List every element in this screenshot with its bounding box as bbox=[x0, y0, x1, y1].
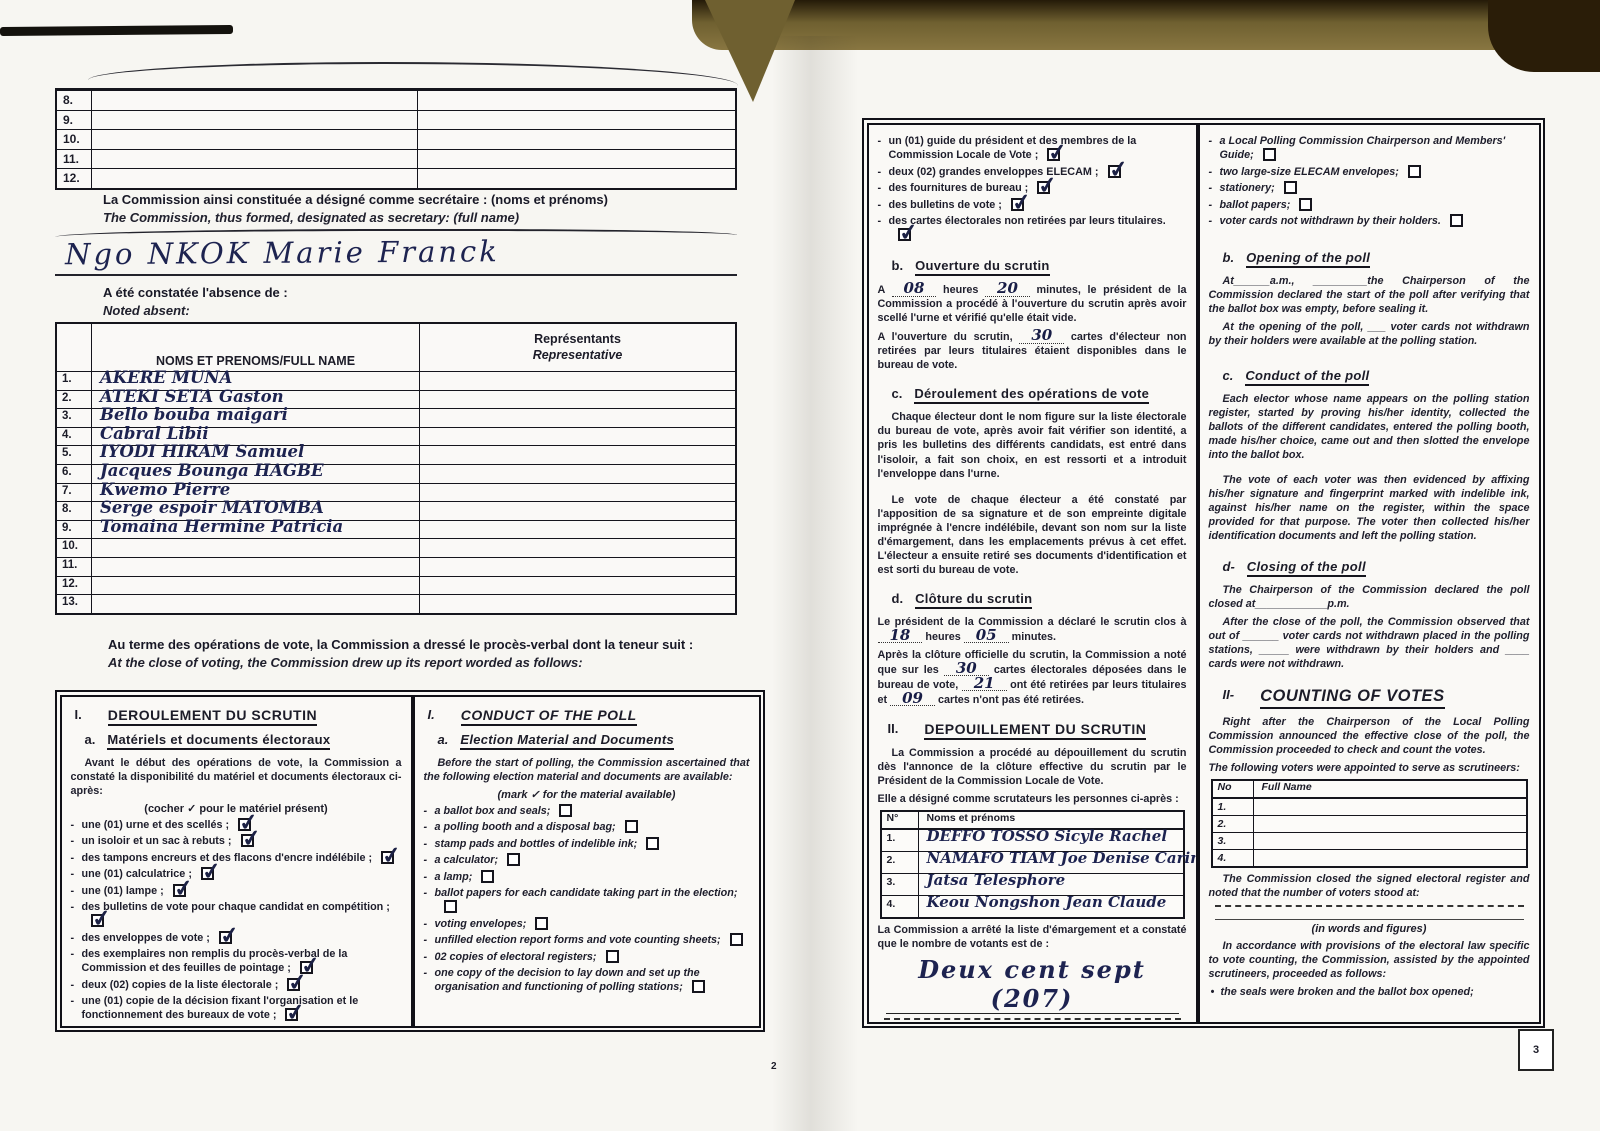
representative-cell bbox=[419, 409, 735, 427]
materials-checklist-continued-fr: un (01) guide du président et des membre… bbox=[878, 134, 1187, 242]
checklist-item-label: des enveloppes de vote ; bbox=[82, 932, 210, 944]
checklist-item-label: une (01) copie de la décision fixant l'o… bbox=[82, 995, 359, 1021]
row-number: 10. bbox=[57, 130, 91, 149]
header-fullname-cell: NOMS ET PRENOMS/FULL NAME bbox=[91, 324, 419, 371]
materials-checklist-fr: une (01) urne et des scellés ;✓ un isolo… bbox=[71, 818, 402, 1023]
page-number-left: 2 bbox=[771, 1061, 777, 1072]
row-number: 10. bbox=[57, 539, 91, 557]
checkbox-icon: ✓ bbox=[1299, 198, 1312, 211]
checklist-item-label: stamp pads and bottles of indelible ink; bbox=[435, 838, 638, 850]
checklist-item: one copy of the decision to lay down and… bbox=[424, 966, 750, 994]
checklist-item-label: des bulletins de vote ; bbox=[889, 199, 1002, 211]
row-number: 9. bbox=[57, 111, 91, 130]
checkbox-icon: ✓ bbox=[646, 837, 659, 850]
scrutineer-row: 4. Keou Nongshon Jean Claude bbox=[882, 895, 1183, 917]
row-number: 8. bbox=[57, 91, 91, 110]
representative-cell bbox=[419, 577, 735, 595]
name-cell: Tomaina Hermine Patricia bbox=[91, 521, 419, 539]
text-segment: heures bbox=[925, 631, 960, 643]
subsection-letter: d. bbox=[892, 591, 904, 609]
scrutineers-table-fr: N° Noms et prénoms 1. DEFFO TOSSO Sicyle… bbox=[880, 810, 1185, 919]
checkbox-icon: ✓ bbox=[444, 900, 457, 913]
conduct-paragraph-2-fr: Le vote de chaque électeur a été constat… bbox=[878, 493, 1187, 577]
header-fullname: Full Name bbox=[1253, 781, 1526, 797]
representative-cell bbox=[417, 169, 735, 188]
book-spine-shadow bbox=[772, 36, 858, 1131]
subsection-a-heading-fr: a. Matériels et documents électoraux bbox=[85, 732, 402, 750]
row-number: 3. bbox=[1213, 833, 1253, 849]
name-cell bbox=[91, 91, 417, 110]
opening-minute-handwritten: 20 bbox=[985, 282, 1030, 297]
closing-paragraph-1-fr: Le président de la Commission a déclaré … bbox=[878, 615, 1187, 644]
name-cell: NAMAFO TIAM Joe Denise Carine bbox=[918, 852, 1183, 873]
checkbox-icon: ✓ bbox=[1408, 165, 1421, 178]
checkbox-icon: ✓ bbox=[241, 834, 254, 847]
row-number: 1. bbox=[882, 830, 918, 851]
text-segment: Le président de la Commission a déclaré … bbox=[878, 616, 1187, 628]
checklist-item: des exemplaires non remplis du procès-ve… bbox=[71, 947, 402, 975]
checklist-item: two large-size ELECAM envelopes;✓ bbox=[1209, 165, 1530, 179]
subsection-title: Opening of the poll bbox=[1246, 250, 1370, 268]
text-segment: minutes. bbox=[1012, 631, 1056, 643]
voters-count-value: Deux cent sept (207) bbox=[918, 955, 1146, 1013]
checklist-item-label: a calculator; bbox=[435, 854, 499, 866]
conduct-heading-fr: c. Déroulement des opérations de vote bbox=[892, 386, 1187, 404]
row-number: 5. bbox=[57, 446, 91, 464]
scrutineers-table-body: 1. 2. 3. bbox=[1213, 798, 1526, 866]
checkbox-icon: ✓ bbox=[1047, 148, 1060, 161]
fill-in-line bbox=[884, 1017, 1181, 1020]
checklist-item-label: deux (02) copies de la liste électorale … bbox=[82, 979, 279, 991]
row-number: 7. bbox=[57, 484, 91, 502]
name-cell: Keou Nongshon Jean Claude bbox=[918, 896, 1183, 917]
checklist-item: deux (02) grandes enveloppes ELECAM ;✓ bbox=[878, 165, 1187, 179]
section-number: I. bbox=[428, 707, 435, 726]
absent-table-row: 10. bbox=[57, 538, 735, 557]
representative-cell bbox=[419, 465, 735, 483]
table-row: 11. bbox=[57, 149, 735, 169]
subsection-letter: b. bbox=[1223, 250, 1235, 268]
voter-cards-count-handwritten: 30 bbox=[1019, 329, 1064, 344]
name-cell: Jatsa Telesphore bbox=[918, 874, 1183, 895]
checklist-item-label: des fournitures de bureau ; bbox=[889, 182, 1029, 194]
secretary-label-en: The Commission, thus formed, designated … bbox=[103, 209, 608, 227]
checklist-item: des fournitures de bureau ;✓ bbox=[878, 181, 1187, 195]
section-number: I. bbox=[75, 707, 82, 726]
subsection-a-heading-en: a. Election Material and Documents bbox=[438, 732, 750, 750]
row-number: 1. bbox=[57, 372, 91, 390]
checklist-item: un (01) guide du président et des membre… bbox=[878, 134, 1187, 162]
closing-minute-handwritten: 05 bbox=[964, 629, 1009, 644]
counting-paragraph-2-fr: Elle a désigné comme scrutateurs les per… bbox=[878, 792, 1187, 806]
counting-paragraph-2-en: The following voters were appointed to s… bbox=[1209, 761, 1530, 775]
checklist-item: stationery;✓ bbox=[1209, 181, 1530, 195]
row-number: 11. bbox=[57, 558, 91, 576]
voters-count-label-fr: La Commission a arrêté la liste d'émarge… bbox=[878, 923, 1187, 951]
row-number: 6. bbox=[57, 465, 91, 483]
checkbox-icon: ✓ bbox=[559, 804, 572, 817]
checklist-item: des cartes électorales non retirées par … bbox=[878, 214, 1187, 242]
representative-cell bbox=[419, 521, 735, 539]
checkbox-icon: ✓ bbox=[219, 931, 232, 944]
name-cell bbox=[1253, 850, 1526, 866]
checklist-item-label: stationery; bbox=[1220, 182, 1275, 194]
handwritten-name: AKERE MUNA bbox=[100, 368, 232, 387]
closing-paragraph-1-en: The Chairperson of the Commission declar… bbox=[1209, 583, 1530, 611]
mark-note-en: (mark ✓ for the material available) bbox=[424, 788, 750, 801]
report-french-column: un (01) guide du président et des membre… bbox=[869, 125, 1196, 1022]
checklist-item: a polling booth and a disposal bag;✓ bbox=[424, 820, 750, 834]
secretary-name-handwritten: Ngo NKOK Marie Franck bbox=[55, 233, 737, 272]
materials-intro-fr: Avant le début des opérations de vote, l… bbox=[71, 756, 402, 798]
checkbox-icon: ✓ bbox=[381, 851, 394, 864]
conduct-paragraph-1-en: Each elector whose name appears on the p… bbox=[1209, 392, 1530, 462]
checkbox-icon: ✓ bbox=[1263, 148, 1276, 161]
header-number: N° bbox=[882, 812, 918, 828]
subsection-letter: a. bbox=[85, 732, 96, 750]
opening-hour-handwritten: 08 bbox=[892, 282, 937, 297]
checklist-item: unfilled election report forms and vote … bbox=[424, 933, 750, 947]
checklist-item-label: ballot papers; bbox=[1220, 199, 1291, 211]
absent-label: A été constatée l'absence de : Noted abs… bbox=[103, 284, 288, 319]
representative-cell bbox=[419, 558, 735, 576]
checklist-item: une (01) copie de la décision fixant l'o… bbox=[71, 994, 402, 1022]
checkbox-icon: ✓ bbox=[730, 933, 743, 946]
header-representative-cell: Représentants Representative bbox=[419, 324, 735, 371]
fill-in-line bbox=[1215, 917, 1524, 920]
opening-heading-en: b. Opening of the poll bbox=[1223, 250, 1530, 268]
row-number: 2. bbox=[1213, 816, 1253, 832]
checklist-item: des enveloppes de vote ;✓ bbox=[71, 931, 402, 945]
absent-table-row: 9. Tomaina Hermine Patricia bbox=[57, 520, 735, 539]
checkbox-icon: ✓ bbox=[481, 870, 494, 883]
handwritten-name: Tomaina Hermine Patricia bbox=[100, 517, 343, 536]
absent-table-header: NOMS ET PRENOMS/FULL NAME Représentants … bbox=[57, 324, 735, 371]
row-number: 12. bbox=[57, 577, 91, 595]
handwritten-name: ATEKI SETA Gaston bbox=[100, 387, 284, 406]
checklist-item: 02 copies of electoral registers;✓ bbox=[424, 950, 750, 964]
section-title: COUNTING OF VOTES bbox=[1260, 687, 1445, 709]
row-number: 1. bbox=[1213, 799, 1253, 815]
subsection-title: Closing of the poll bbox=[1247, 559, 1366, 577]
absent-label-en: Noted absent: bbox=[103, 302, 288, 320]
row-number: 4. bbox=[1213, 850, 1253, 866]
words-figures-note-en: (in words and figures) bbox=[1209, 923, 1530, 935]
checklist-item-label: un (01) guide du président et des membre… bbox=[889, 135, 1137, 161]
representative-cell bbox=[419, 372, 735, 390]
handwritten-name: Kwemo Pierre bbox=[100, 480, 230, 499]
name-cell bbox=[91, 169, 417, 188]
checklist-item: ballot papers;✓ bbox=[1209, 198, 1530, 212]
handwritten-name: Bello bouba maigari bbox=[100, 405, 288, 424]
row-number: 13. bbox=[57, 595, 91, 613]
checklist-item: a Local Polling Commission Chairperson a… bbox=[1209, 134, 1530, 162]
checklist-item: deux (02) copies de la liste électorale … bbox=[71, 978, 402, 992]
poll-report-box: un (01) guide du président et des membre… bbox=[862, 118, 1545, 1028]
row-number: 8. bbox=[57, 502, 91, 520]
scrutineer-row: 3. bbox=[1213, 832, 1526, 849]
row-number: 3. bbox=[57, 409, 91, 427]
table-row: 10. bbox=[57, 129, 735, 149]
closing-hour-handwritten: 18 bbox=[878, 629, 923, 644]
checklist-item-label: a lamp; bbox=[435, 871, 473, 883]
opening-paragraph-2-fr: A l'ouverture du scrutin, 30 cartes d'él… bbox=[878, 329, 1187, 372]
mark-note-fr: (cocher ✓ pour le matériel présent) bbox=[71, 802, 402, 815]
representative-header-en: Representative bbox=[533, 348, 623, 364]
checklist-item-label: voting envelopes; bbox=[435, 918, 527, 930]
check-mark-icon: ✓ bbox=[285, 998, 307, 1026]
handwritten-name: Jatsa Telesphore bbox=[927, 871, 1066, 889]
checklist-item: des bulletins de vote ;✓ bbox=[878, 198, 1187, 212]
table-row: 9. bbox=[57, 110, 735, 130]
scanned-election-report-spread: 8. 9. 10. 11. 12. bbox=[0, 0, 1600, 1131]
absent-members-table: NOMS ET PRENOMS/FULL NAME Représentants … bbox=[55, 322, 737, 615]
section-number: II. bbox=[888, 721, 899, 740]
page-number-right: 3 bbox=[1518, 1029, 1554, 1071]
header-fullname: Noms et prénoms bbox=[918, 812, 1183, 828]
checkbox-icon: ✓ bbox=[692, 980, 705, 993]
handwritten-name: Cabral Libii bbox=[100, 424, 209, 443]
representative-cell bbox=[417, 130, 735, 149]
closing-paragraph-2-fr: Après la clôture officielle du scrutin, … bbox=[878, 648, 1187, 707]
section-1-heading-fr: I. DEROULEMENT DU SCRUTIN bbox=[75, 707, 402, 726]
header-number-cell bbox=[57, 324, 91, 371]
section-title: CONDUCT OF THE POLL bbox=[461, 707, 637, 726]
text-segment: heures bbox=[943, 284, 978, 296]
name-cell: DEFFO TOSSO Sicyle Rachel bbox=[918, 830, 1183, 851]
handwritten-name: Serge espoir MATOMBA bbox=[100, 498, 324, 517]
row-number: 4. bbox=[882, 896, 918, 917]
subsection-title: Déroulement des opérations de vote bbox=[914, 386, 1149, 404]
subsection-letter: d- bbox=[1223, 559, 1235, 577]
text-segment: A l'ouverture du scrutin, bbox=[878, 331, 1013, 343]
checklist-item-label: two large-size ELECAM envelopes; bbox=[1220, 166, 1399, 178]
checkbox-icon: ✓ bbox=[507, 853, 520, 866]
secretary-designation-label: La Commission ainsi constituée a désigné… bbox=[103, 191, 608, 226]
header-number: No bbox=[1213, 781, 1253, 797]
absent-table-row: 13. bbox=[57, 594, 735, 613]
scan-shadow-strip bbox=[0, 25, 233, 36]
checklist-item: a calculator;✓ bbox=[424, 853, 750, 867]
scrutineers-table-en: No Full Name 1. 2. bbox=[1211, 779, 1528, 868]
name-cell bbox=[91, 111, 417, 130]
checklist-item-label: one copy of the decision to lay down and… bbox=[435, 967, 700, 993]
members-table-rows-8-12: 8. 9. 10. 11. 12. bbox=[55, 88, 737, 190]
checklist-item-label: un isoloir et un sac à rebuts ; bbox=[82, 835, 232, 847]
name-cell bbox=[91, 595, 419, 613]
checklist-item-label: unfilled election report forms and vote … bbox=[435, 934, 721, 946]
materials-intro-en: Before the start of polling, the Commiss… bbox=[424, 756, 750, 784]
subsection-title: Ouverture du scrutin bbox=[915, 258, 1050, 276]
conduct-heading-en: c. Conduct of the poll bbox=[1223, 368, 1530, 386]
checkbox-icon: ✓ bbox=[91, 914, 104, 927]
section-1-heading-en: I. CONDUCT OF THE POLL bbox=[428, 707, 750, 726]
name-cell bbox=[91, 539, 419, 557]
withdrawn-cards-handwritten: 21 bbox=[962, 677, 1007, 692]
subsection-letter: c. bbox=[892, 386, 903, 404]
name-cell bbox=[91, 130, 417, 149]
close-paragraph-en: At the close of voting, the Commission d… bbox=[108, 654, 756, 672]
scrutineer-row: 4. bbox=[1213, 849, 1526, 866]
handwritten-name: IYODI HIRAM Samuel bbox=[100, 442, 304, 461]
counting-paragraph-1-fr: La Commission a procédé au dépouillement… bbox=[878, 746, 1187, 788]
text-segment: cartes n'ont pas été retirées. bbox=[938, 694, 1084, 706]
handwritten-name: Jacques Bounga HAGBE bbox=[100, 461, 324, 480]
page-curl-line bbox=[88, 62, 738, 88]
section-title: DEROULEMENT DU SCRUTIN bbox=[108, 707, 317, 726]
checkbox-icon: ✓ bbox=[606, 950, 619, 963]
checkbox-icon: ✓ bbox=[287, 978, 300, 991]
representative-cell bbox=[419, 446, 735, 464]
register-closed-paragraph-en: The Commission closed the signed elector… bbox=[1209, 872, 1530, 900]
voters-count-handwritten: Deux cent sept (207) bbox=[886, 955, 1179, 1014]
checklist-item-label: deux (02) grandes enveloppes ELECAM ; bbox=[889, 166, 1099, 178]
not-withdrawn-cards-handwritten: 09 bbox=[890, 692, 935, 707]
representative-cell bbox=[419, 391, 735, 409]
row-number: 2. bbox=[57, 391, 91, 409]
check-mark-icon: ✓ bbox=[897, 217, 919, 249]
representative-cell bbox=[419, 502, 735, 520]
handwritten-name: DEFFO TOSSO Sicyle Rachel bbox=[927, 827, 1168, 845]
handwritten-name: NAMAFO TIAM Joe Denise Carine bbox=[927, 849, 1196, 867]
table-surface-corner bbox=[1488, 0, 1600, 72]
scrutineers-table-body: 1. DEFFO TOSSO Sicyle Rachel 2. NAMAFO T… bbox=[882, 829, 1183, 917]
checkbox-icon: ✓ bbox=[285, 1008, 298, 1021]
checklist-item-label: ballot papers for each candidate taking … bbox=[435, 887, 738, 899]
checkbox-icon: ✓ bbox=[173, 884, 186, 897]
checklist-item: des tampons encreurs et des flacons d'en… bbox=[71, 851, 402, 865]
name-cell bbox=[1253, 799, 1526, 815]
counting-heading-fr: II. DEPOUILLEMENT DU SCRUTIN bbox=[888, 721, 1187, 740]
representative-cell bbox=[417, 111, 735, 130]
checklist-item: une (01) urne et des scellés ;✓ bbox=[71, 818, 402, 832]
subsection-letter: c. bbox=[1223, 368, 1234, 386]
opening-paragraph-1-fr: A 08 heures 20 minutes, le président de … bbox=[878, 282, 1187, 325]
accordance-paragraph-en: In accordance with provisions of the ele… bbox=[1209, 939, 1530, 981]
checklist-item: stamp pads and bottles of indelible ink;… bbox=[424, 837, 750, 851]
section-number: II- bbox=[1223, 687, 1235, 709]
secretary-label-fr: La Commission ainsi constituée a désigné… bbox=[103, 191, 608, 209]
conduct-box-french-column: I. DEROULEMENT DU SCRUTIN a. Matériels e… bbox=[62, 697, 411, 1026]
checkbox-icon: ✓ bbox=[1108, 165, 1121, 178]
row-number: 11. bbox=[57, 150, 91, 169]
checklist-item: voter cards not withdrawn by their holde… bbox=[1209, 214, 1530, 228]
page-number-value: 3 bbox=[1533, 1044, 1539, 1056]
scrutineer-row: 1. bbox=[1213, 798, 1526, 815]
handwritten-name: Keou Nongshon Jean Claude bbox=[927, 893, 1167, 911]
subsection-title: Conduct of the poll bbox=[1245, 368, 1369, 386]
conduct-of-poll-box: I. DEROULEMENT DU SCRUTIN a. Matériels e… bbox=[55, 690, 765, 1032]
checklist-item: a lamp;✓ bbox=[424, 870, 750, 884]
conduct-box-english-column: I. CONDUCT OF THE POLL a. Election Mater… bbox=[415, 697, 759, 1026]
checklist-item: une (01) calculatrice ;✓ bbox=[71, 867, 402, 881]
absent-table-body: 1. AKERE MUNA 2. ATEKI SETA Gaston 3. Be… bbox=[57, 371, 735, 613]
representative-header-fr: Représentants bbox=[534, 332, 621, 348]
checklist-item: un isoloir et un sac à rebuts ;✓ bbox=[71, 834, 402, 848]
row-number: 4. bbox=[57, 428, 91, 446]
checkbox-icon: ✓ bbox=[1284, 181, 1297, 194]
conduct-paragraph-2-en: The vote of each voter was then evidence… bbox=[1209, 473, 1530, 543]
checklist-item-label: des cartes électorales non retirées par … bbox=[889, 215, 1166, 227]
absent-table-row: 11. bbox=[57, 557, 735, 576]
checklist-item-label: a polling booth and a disposal bag; bbox=[435, 821, 616, 833]
fill-in-line bbox=[1215, 904, 1524, 907]
name-cell bbox=[91, 150, 417, 169]
checklist-item-label: une (01) lampe ; bbox=[82, 885, 164, 897]
scrutineer-row: 3. Jatsa Telesphore bbox=[882, 873, 1183, 895]
name-cell bbox=[91, 558, 419, 576]
checkbox-icon: ✓ bbox=[1011, 198, 1024, 211]
checkbox-icon: ✓ bbox=[898, 228, 911, 241]
checklist-item-label: a ballot box and seals; bbox=[435, 805, 551, 817]
checkbox-icon: ✓ bbox=[535, 917, 548, 930]
checklist-item: voting envelopes;✓ bbox=[424, 917, 750, 931]
subsection-title: Election Material and Documents bbox=[460, 732, 674, 750]
representative-cell bbox=[417, 150, 735, 169]
absent-table-row: 12. bbox=[57, 576, 735, 595]
representative-cell bbox=[419, 484, 735, 502]
checklist-item: une (01) lampe ;✓ bbox=[71, 884, 402, 898]
section-title: DEPOUILLEMENT DU SCRUTIN bbox=[924, 721, 1146, 740]
row-number: 3. bbox=[882, 874, 918, 895]
subsection-letter: b. bbox=[892, 258, 904, 276]
checklist-item: a ballot box and seals;✓ bbox=[424, 804, 750, 818]
scrutineer-row: 1. DEFFO TOSSO Sicyle Rachel bbox=[882, 829, 1183, 851]
scrutineer-row: 2. bbox=[1213, 815, 1526, 832]
checklist-item-label: 02 copies of electoral registers; bbox=[435, 951, 597, 963]
materials-checklist-continued-en: a Local Polling Commission Chairperson a… bbox=[1209, 134, 1530, 228]
scrutineers-table-header: No Full Name bbox=[1213, 781, 1526, 798]
table-row: 8. bbox=[57, 90, 735, 110]
row-number: 12. bbox=[57, 169, 91, 188]
scrutineer-row: 2. NAMAFO TIAM Joe Denise Carine bbox=[882, 851, 1183, 873]
subsection-letter: a. bbox=[438, 732, 449, 750]
name-cell bbox=[91, 577, 419, 595]
name-cell bbox=[1253, 833, 1526, 849]
name-cell bbox=[1253, 816, 1526, 832]
opening-paragraph-1-en: At______a.m., _________the Chairperson o… bbox=[1209, 274, 1530, 316]
close-paragraph-fr: Au terme des opérations de vote, la Comm… bbox=[108, 636, 756, 654]
conduct-paragraph-1-fr: Chaque électeur dont le nom figure sur l… bbox=[878, 410, 1187, 480]
row-number: 2. bbox=[882, 852, 918, 873]
table-row: 12. bbox=[57, 168, 735, 188]
report-english-column: a Local Polling Commission Chairperson a… bbox=[1200, 125, 1539, 1022]
checkbox-icon: ✓ bbox=[625, 820, 638, 833]
representative-cell bbox=[419, 595, 735, 613]
seals-broken-bullet: the seals were broken and the ballot box… bbox=[1209, 985, 1530, 999]
checklist-item-label: voter cards not withdrawn by their holde… bbox=[1220, 215, 1441, 227]
opening-heading-fr: b. Ouverture du scrutin bbox=[892, 258, 1187, 276]
text-segment: A bbox=[878, 284, 885, 296]
checklist-item-label: des bulletins de vote pour chaque candid… bbox=[82, 901, 390, 913]
opening-paragraph-2-en: At the opening of the poll, ___ voter ca… bbox=[1209, 320, 1530, 348]
counting-heading-en: II- COUNTING OF VOTES bbox=[1223, 687, 1530, 709]
row-number: 9. bbox=[57, 521, 91, 539]
checkbox-icon: ✓ bbox=[1450, 214, 1463, 227]
closing-heading-en: d- Closing of the poll bbox=[1223, 559, 1530, 577]
subsection-title: Matériels et documents électoraux bbox=[107, 732, 330, 750]
closing-paragraph-2-en: After the close of the poll, the Commiss… bbox=[1209, 615, 1530, 671]
closing-heading-fr: d. Clôture du scrutin bbox=[892, 591, 1187, 609]
checklist-item-label: des tampons encreurs et des flacons d'en… bbox=[82, 852, 373, 864]
representative-cell bbox=[417, 91, 735, 110]
checkbox-icon: ✓ bbox=[201, 867, 214, 880]
subsection-title: Clôture du scrutin bbox=[915, 591, 1032, 609]
counting-paragraph-1-en: Right after the Chairperson of the Local… bbox=[1209, 715, 1530, 757]
representative-cell bbox=[419, 539, 735, 557]
close-of-voting-paragraph: Au terme des opérations de vote, la Comm… bbox=[108, 636, 756, 671]
checklist-item-label: une (01) urne et des scellés ; bbox=[82, 819, 230, 831]
